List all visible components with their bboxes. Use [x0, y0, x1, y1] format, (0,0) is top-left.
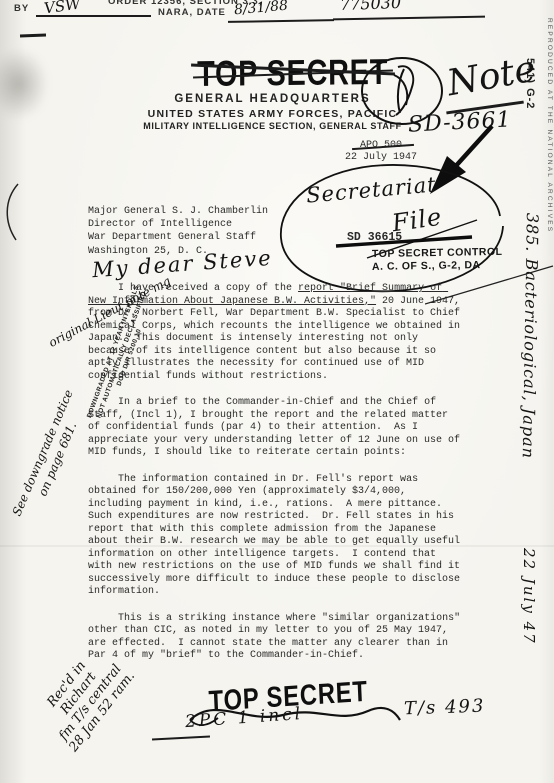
address-line: Major General S. J. Chamberlin [88, 205, 268, 218]
subject-margin-note: 385. Bacteriological, Japan [519, 213, 542, 459]
sd-36615-crossed: SD 36615 [347, 231, 402, 244]
paragraph-3: The information contained in Dr. Fell's … [88, 474, 466, 599]
reproduced-at-archives-note: REPRODUCED AT THE NATIONAL ARCHIVES [546, 18, 553, 233]
ts-number: T/s 493 [404, 696, 486, 720]
declass-underline [333, 16, 485, 20]
scanned-letter-page: ORDER 12356, SECTION 3.3, 775030 BY VSW … [0, 0, 554, 783]
declass-by-label: BY [14, 3, 29, 14]
letter-body: I have received a copy of the report "Br… [88, 283, 466, 677]
downgrade-margin-note: See downgrade notice on page 681. [4, 376, 96, 536]
declass-date-underline [228, 19, 334, 22]
stray-pen-line [425, 262, 554, 307]
declass-order-number: 775030 [340, 0, 402, 14]
stray-pen-mark [20, 34, 46, 37]
paper-smudge [0, 48, 48, 120]
paragraph-2: In a brief to the Commander-in-Chief and… [88, 397, 466, 460]
received-margin-note: Rec'd in Richart fm T/s central 28 Jan 5… [4, 607, 165, 783]
declass-nara-date: 8/31/88 [233, 0, 288, 18]
address-line: War Department General Staff [88, 231, 268, 244]
inclosure-dash [152, 735, 210, 740]
top-secret-control-stamp-line1: TOP SECRET CONTROL [372, 246, 503, 260]
stray-curve-mark [2, 182, 22, 242]
p1-pre: I have received a copy of the [88, 283, 298, 294]
declass-nara-label: NARA, DATE [158, 7, 226, 18]
address-line: Director of Intelligence [88, 218, 268, 231]
declass-by-underline [36, 15, 151, 17]
date-margin-note: 22 July 47 [520, 548, 538, 645]
